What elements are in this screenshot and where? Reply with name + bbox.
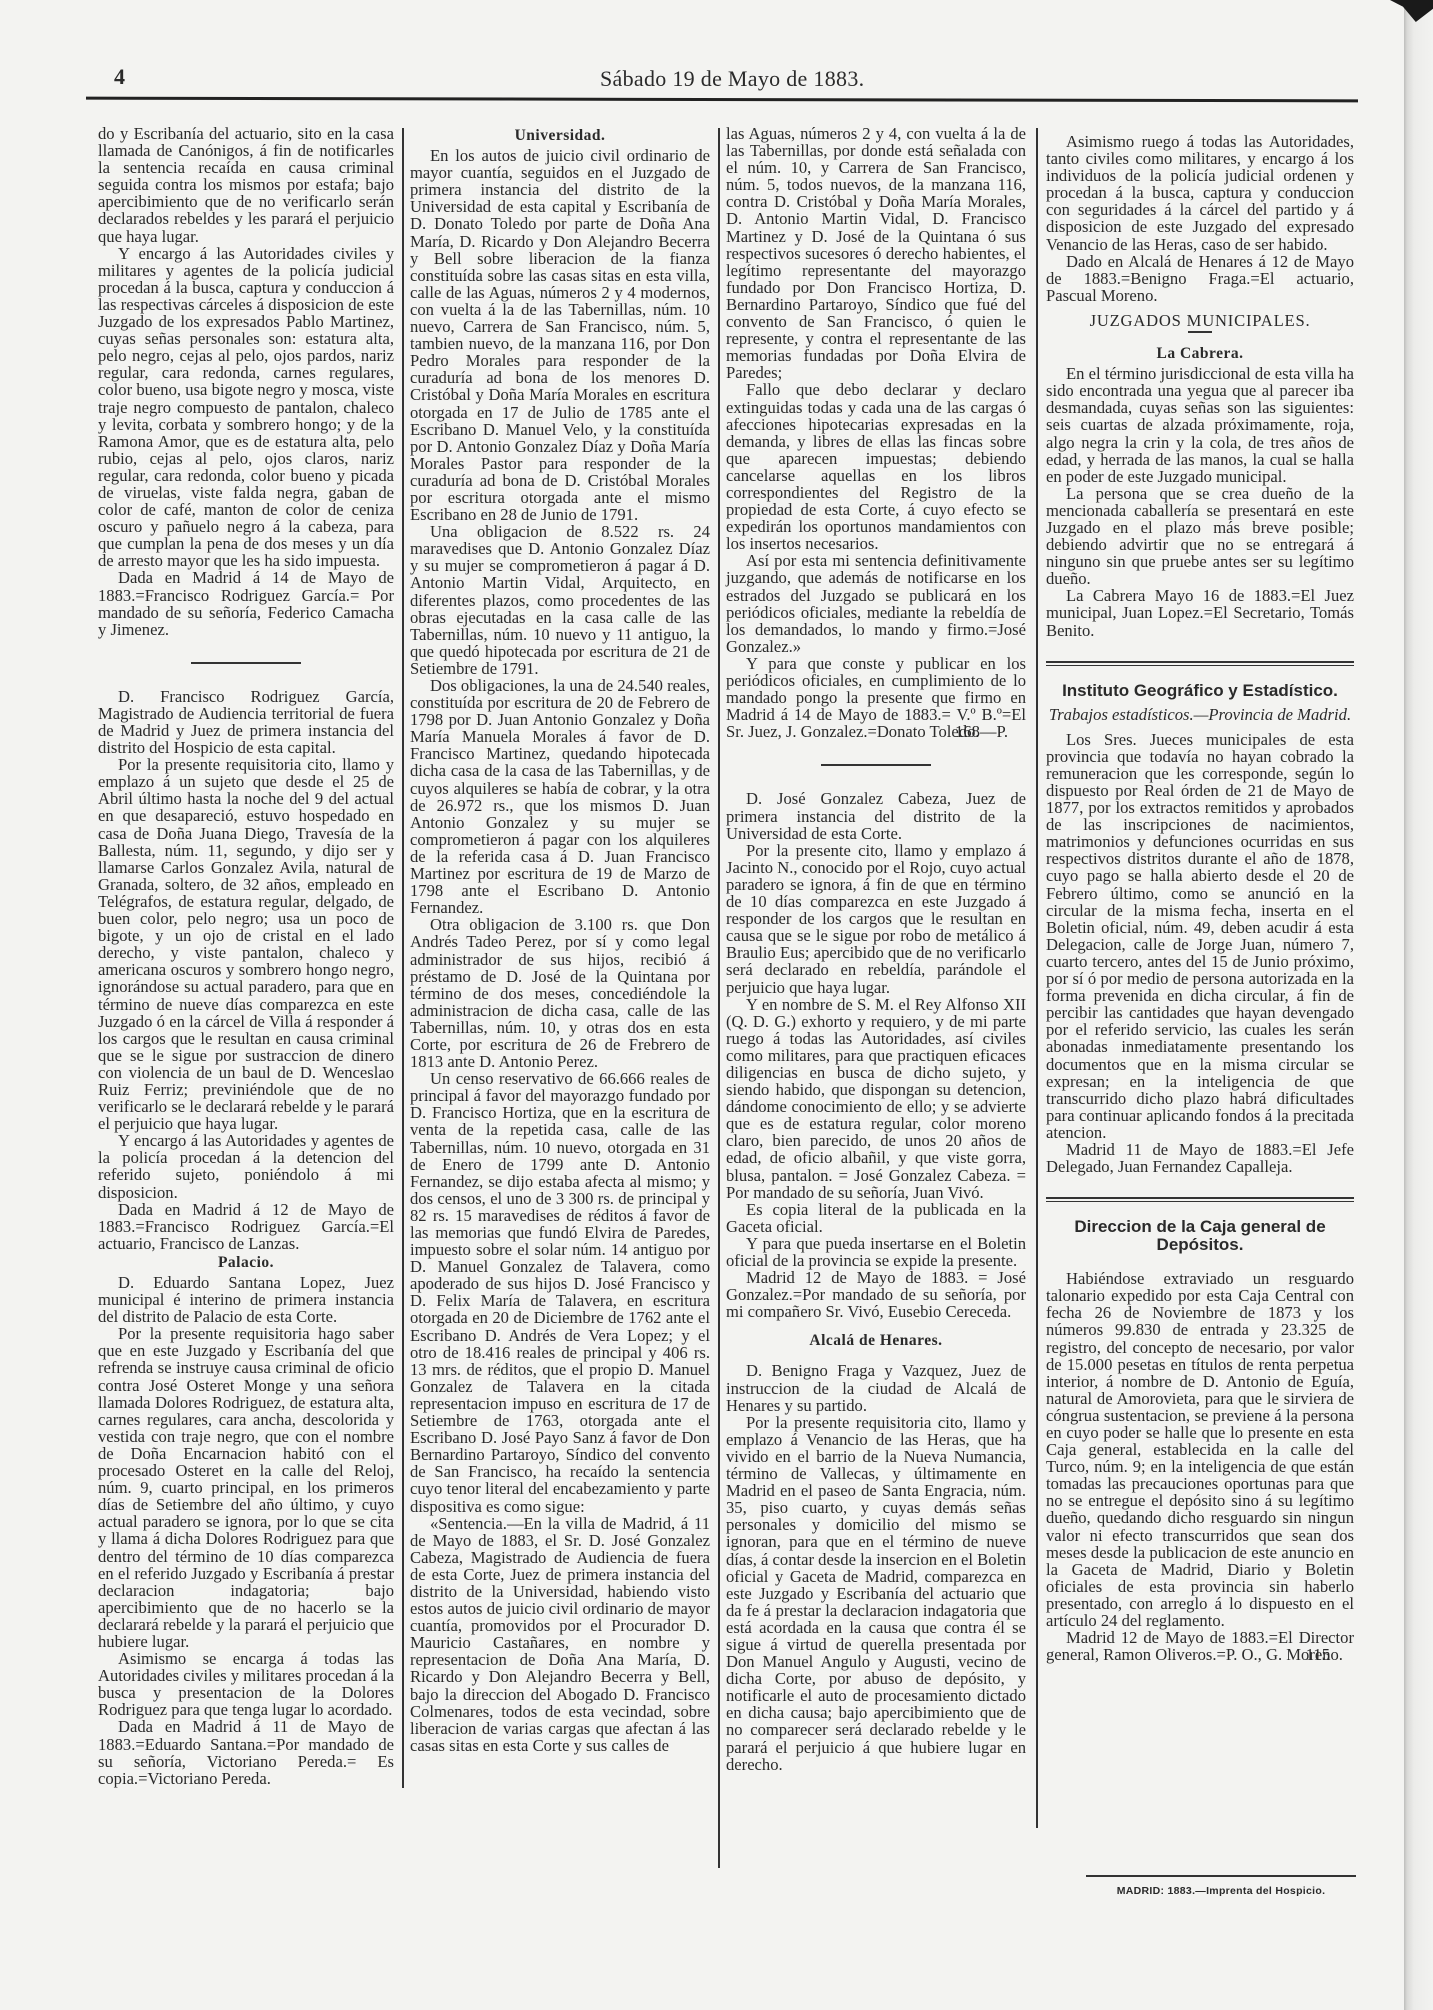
section-heading-alcala: Alcalá de Henares. — [726, 1332, 1026, 1349]
section-heading-juzgados: JUZGADOS MUNICIPALES. — [1046, 312, 1354, 329]
paragraph: D. Eduardo Santana Lopez, Juez municipal… — [98, 1274, 394, 1325]
paragraph: En los autos de juicio civil ordinario d… — [410, 147, 710, 523]
paragraph: Así por esta mi sentencia definitivament… — [726, 552, 1026, 655]
paragraph: Por la presente requisitoria cito, llamo… — [726, 1414, 1026, 1773]
paragraph: En el término jurisdiccional de esta vil… — [1046, 365, 1354, 485]
paragraph: Dado en Alcalá de Henares á 12 de Mayo d… — [1046, 253, 1354, 304]
paragraph: Y encargo á las Autoridades y agentes de… — [98, 1132, 394, 1200]
section-heading-caja: Direccion de la Caja general de Depósito… — [1046, 1218, 1354, 1254]
section-heading-cabrera: La Cabrera. — [1046, 345, 1354, 362]
paragraph: Madrid 11 de Mayo de 1883.=El Jefe Deleg… — [1046, 1141, 1354, 1175]
paragraph: Por la presente requisitoria cito, llamo… — [98, 756, 394, 1132]
column-3: las Aguas, números 2 y 4, con vuelta á l… — [726, 125, 1026, 1773]
paragraph: Y encargo á las Autoridades civiles y mi… — [98, 245, 394, 570]
section-divider — [821, 764, 931, 766]
printer-imprint: MADRID: 1883.—Imprenta del Hospicio. — [1086, 1875, 1356, 1897]
section-divider — [1188, 331, 1212, 333]
section-heading-instituto: Instituto Geográfico y Estadístico. — [1046, 682, 1354, 700]
paragraph: Un censo reservativo de 66.666 reales de… — [410, 1070, 710, 1514]
paragraph: Y en nombre de S. M. el Rey Alfonso XII … — [726, 996, 1026, 1201]
paragraph: Y para que pueda insertarse en el Boleti… — [726, 1235, 1026, 1269]
paragraph: Por la presente requisitoria hago saber … — [98, 1325, 394, 1650]
paragraph: Madrid 12 de Mayo de 1883. = José Gonzal… — [726, 1269, 1026, 1320]
paragraph: Dada en Madrid á 14 de Mayo de 1883.=Fra… — [98, 569, 394, 637]
paragraph: las Aguas, números 2 y 4, con vuelta á l… — [726, 125, 1026, 381]
section-divider — [1046, 1197, 1354, 1202]
paragraph: Asimismo se encarga á todas las Autorida… — [98, 1650, 394, 1718]
section-heading-palacio: Palacio. — [98, 1254, 394, 1271]
paragraph: Asimismo ruego á todas las Autoridades, … — [1046, 133, 1354, 253]
paragraph: Una obligacion de 8.522 rs. 24 maravedis… — [410, 523, 710, 677]
paragraph: La persona que se crea dueño de la menci… — [1046, 485, 1354, 588]
paragraph: D. Francisco Rodriguez García, Magistrad… — [98, 688, 394, 756]
paragraph: Los Sres. Jueces municipales de esta pro… — [1046, 731, 1354, 1141]
paragraph: D. Benigno Fraga y Vazquez, Juez de inst… — [726, 1362, 1026, 1413]
section-heading-universidad: Universidad. — [410, 127, 710, 144]
paragraph: Dos obligaciones, la una de 24.540 reale… — [410, 677, 710, 916]
column-2: Universidad. En los autos de juicio civi… — [410, 125, 710, 1754]
paragraph: Otra obligacion de 3.100 rs. que Don And… — [410, 916, 710, 1070]
paragraph: Es copia literal de la publicada en la G… — [726, 1201, 1026, 1235]
column-divider — [718, 128, 720, 1868]
paragraph: D. José Gonzalez Cabeza, Juez de primera… — [726, 790, 1026, 841]
paragraph: Habiéndose extraviado un resguardo talon… — [1046, 1270, 1354, 1629]
page-number: 4 — [114, 64, 125, 90]
page-binding-edge — [1404, 0, 1433, 2010]
section-divider — [1046, 661, 1354, 666]
newspaper-page: 4 Sábado 19 de Mayo de 1883. do y Escrib… — [0, 0, 1404, 2010]
paragraph: «Sentencia.—En la villa de Madrid, á 11 … — [410, 1515, 710, 1754]
section-subheading: Trabajos estadísticos.—Provincia de Madr… — [1046, 706, 1354, 723]
column-divider — [1036, 128, 1038, 1828]
paragraph: Fallo que debo declarar y declaro exting… — [726, 381, 1026, 552]
column-1: do y Escribanía del actuario, sito en la… — [98, 125, 394, 1787]
paragraph: Dada en Madrid á 12 de Mayo de 1883.=Fra… — [98, 1201, 394, 1252]
column-divider — [402, 128, 404, 1788]
paragraph: do y Escribanía del actuario, sito en la… — [98, 125, 394, 245]
section-divider — [191, 662, 301, 664]
column-4: Asimismo ruego á todas las Autoridades, … — [1046, 133, 1354, 1663]
paragraph: Dada en Madrid á 11 de Mayo de 1883.=Edu… — [98, 1718, 394, 1786]
paragraph: Por la presente cito, llamo y emplazo á … — [726, 842, 1026, 996]
page-date-header: Sábado 19 de Mayo de 1883. — [600, 66, 864, 92]
header-rule — [86, 97, 1358, 103]
paragraph: La Cabrera Mayo 16 de 1883.=El Juez muni… — [1046, 587, 1354, 638]
